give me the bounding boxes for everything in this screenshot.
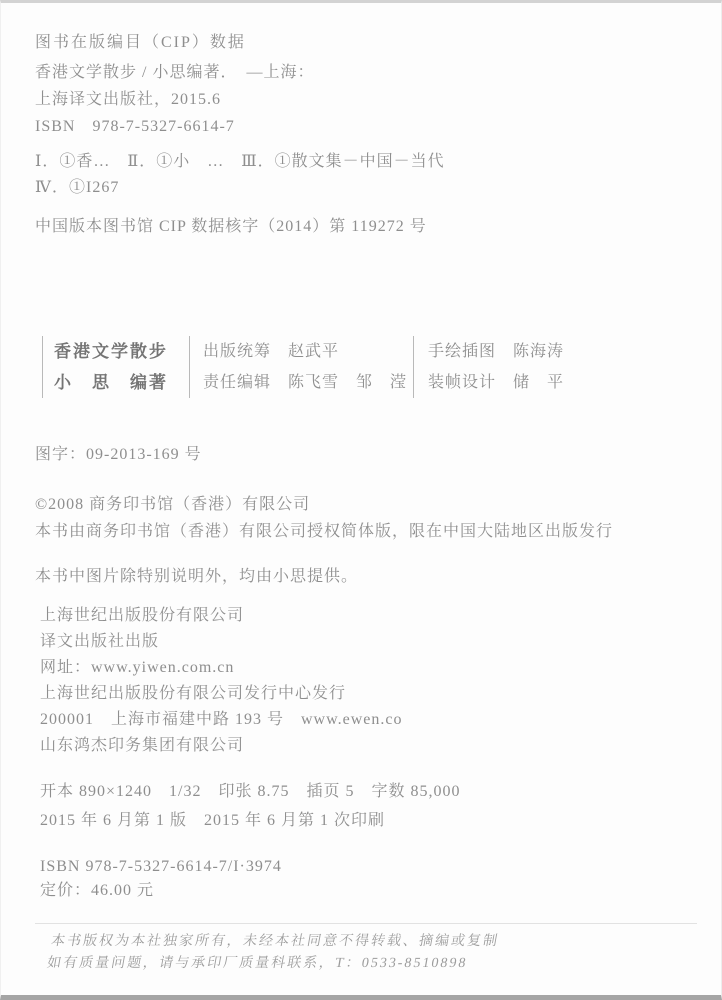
credits-row: 香港文学散步 小 思 编著 出版统筹 赵武平 责任编辑 陈飞雪 邹 滢 手绘插图…	[42, 336, 701, 398]
cip-entry-block: 香港文学散步 / 小思编著． —上海： 上海译文出版社，2015.6 ISBN …	[35, 59, 701, 140]
credit-illustrator: 手绘插图 陈海涛	[428, 336, 564, 367]
cip-entry-line-1: 香港文学散步 / 小思编著． —上海：	[35, 59, 701, 86]
price-line: 定价：46.00 元	[40, 879, 701, 903]
cip-entry-line-3: ISBN 978-7-5327-6614-7	[35, 113, 701, 140]
distribution-line: 上海世纪出版股份有限公司发行中心发行	[40, 681, 701, 707]
isbn-price-block: ISBN 978-7-5327-6614-7/I·3974 定价：46.00 元	[40, 855, 701, 903]
cip-heading: 图书在版编目（CIP）数据	[35, 30, 701, 56]
credit-publishing-coordinator: 出版统筹 赵武平	[203, 336, 413, 367]
format-spec-line: 开本 890×1240 1/32 印张 8.75 插页 5 字数 85,000	[40, 777, 701, 806]
cip-class-line-1: Ⅰ．①香… Ⅱ．①小 … Ⅲ．①散文集－中国－当代	[35, 149, 701, 175]
license-register-number: 图字：09-2013-169 号	[35, 442, 701, 468]
publishing-block: 上海世纪出版股份有限公司 译文出版社出版 网址：www.yiwen.com.cn…	[40, 603, 701, 759]
book-title: 香港文学散步	[54, 336, 189, 367]
cip-class-line-2: Ⅳ．①I267	[35, 175, 701, 201]
credits-editorial-column: 出版统筹 赵武平 责任编辑 陈飞雪 邹 滢	[189, 336, 413, 398]
cip-classification-block: Ⅰ．①香… Ⅱ．①小 … Ⅲ．①散文集－中国－当代 Ⅳ．①I267	[35, 149, 701, 201]
edition-line: 2015 年 6 月第 1 版 2015 年 6 月第 1 次印刷	[40, 806, 701, 835]
copyright-page: 图书在版编目（CIP）数据 香港文学散步 / 小思编著． —上海： 上海译文出版…	[0, 0, 722, 1000]
cip-entry-line-2: 上海译文出版社，2015.6	[35, 86, 701, 113]
printer-line: 山东鸿杰印务集团有限公司	[40, 733, 701, 759]
publisher-group-line: 上海世纪出版股份有限公司	[40, 603, 701, 629]
notice-divider	[35, 923, 697, 924]
address-line: 200001 上海市福建中路 193 号 www.ewen.co	[40, 707, 701, 733]
rights-notice-block: 本书版权为本社独家所有，未经本社同意不得转载、摘编或复制 如有质量问题，请与承印…	[45, 931, 705, 975]
photo-credit-note: 本书中图片除特别说明外，均由小思提供。	[35, 564, 701, 590]
printing-spec-block: 开本 890×1240 1/32 印张 8.75 插页 5 字数 85,000 …	[40, 777, 701, 835]
credits-title-column: 香港文学散步 小 思 编著	[42, 336, 189, 398]
book-author: 小 思 编著	[54, 367, 189, 398]
copyright-line: ©2008 商务印书馆（香港）有限公司	[35, 491, 701, 518]
copyright-block: ©2008 商务印书馆（香港）有限公司 本书由商务印书馆（香港）有限公司授权简体…	[35, 491, 701, 545]
credit-responsible-editor: 责任编辑 陈飞雪 邹 滢	[203, 367, 413, 398]
credit-book-designer: 装帧设计 储 平	[428, 367, 564, 398]
cip-record-line: 中国版本图书馆 CIP 数据核字（2014）第 119272 号	[35, 214, 701, 240]
publisher-imprint-line: 译文出版社出版	[40, 629, 701, 655]
rights-notice-line-2: 如有质量问题，请与承印厂质量科联系，T：0533-8510898	[45, 953, 701, 975]
rights-notice-line-1: 本书版权为本社独家所有，未经本社同意不得转载、摘编或复制	[49, 931, 705, 953]
publisher-website-line: 网址：www.yiwen.com.cn	[40, 655, 701, 681]
authorization-line: 本书由商务印书馆（香港）有限公司授权简体版，限在中国大陆地区出版发行	[35, 518, 701, 545]
credits-design-column: 手绘插图 陈海涛 装帧设计 储 平	[413, 336, 564, 398]
isbn-line: ISBN 978-7-5327-6614-7/I·3974	[40, 855, 701, 879]
